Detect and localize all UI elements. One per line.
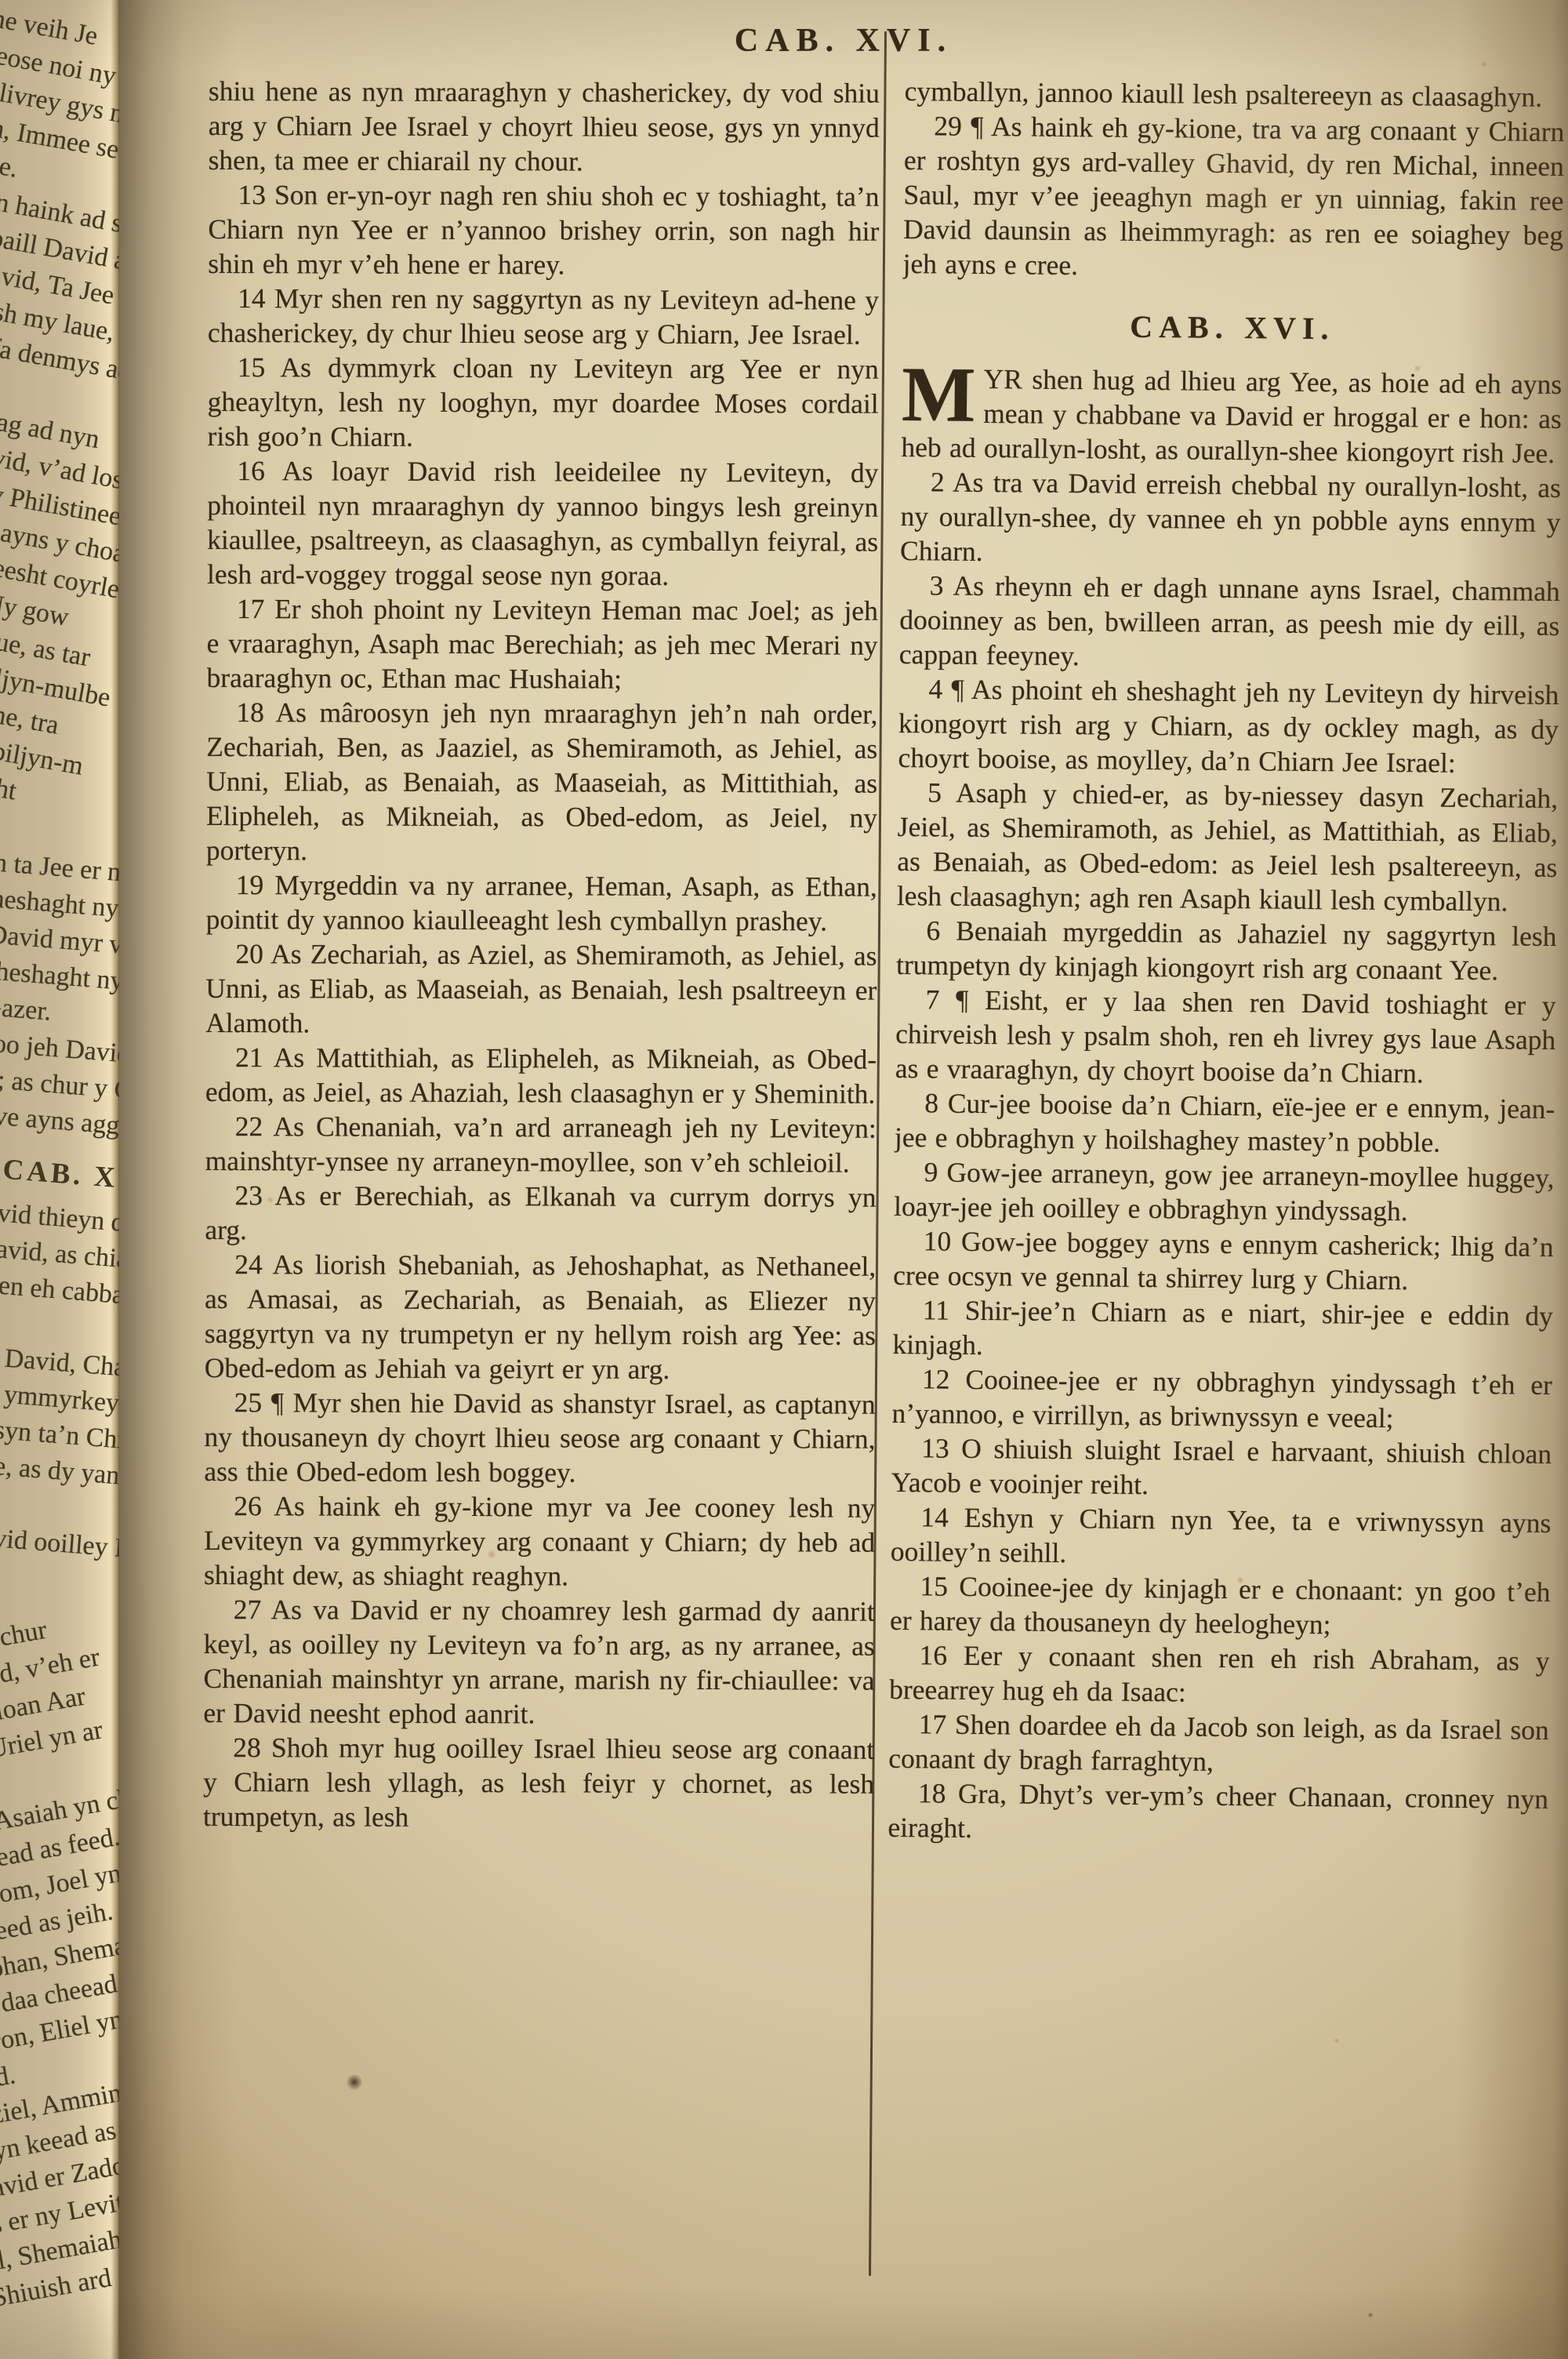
facing-page-text-top: ne veih Jeseose noi ny Phy livrey gys my…: [0, 2, 119, 832]
verse-20: 20 As Zechariah, as Aziel, as Shemiramot…: [205, 936, 877, 1042]
verse-21: 21 As Mattithiah, as Elipheleh, as Mikne…: [205, 1040, 877, 1111]
verse-continuation: MYR shen hug ad lhieu arg Yee, as hoie a…: [901, 361, 1562, 471]
drop-cap: M: [902, 361, 984, 424]
verse-4: 4 ¶ As phoint eh sheshaght jeh ny Levite…: [898, 671, 1559, 781]
verse-22: 22 As Chenaniah, va’n ard arraneagh jeh …: [205, 1109, 877, 1180]
verse-16: 16 As loayr David rish leeideilee ny Lev…: [207, 453, 879, 594]
verse-number: 8: [924, 1087, 948, 1118]
verse-8: 8 Cur-jee booise da’n Chiarn, eïe-jee er…: [895, 1085, 1555, 1161]
verse-number: 27: [234, 1594, 271, 1625]
verse-6: 6 Benaiah myrgeddin as Jahaziel ny saggy…: [896, 913, 1557, 988]
verse-28: 28 Shoh myr hug ooilley Israel lhieu seo…: [203, 1730, 874, 1836]
verse-number: 15: [920, 1570, 959, 1601]
verse-24: 24 As liorish Shebaniah, as Jehoshaphat,…: [205, 1247, 877, 1387]
verse-number: 12: [922, 1363, 966, 1395]
verse-number: 17: [237, 593, 274, 624]
verse-number: 4 ¶: [928, 673, 971, 705]
verse-number: 18: [918, 1777, 958, 1808]
verse-29: 29 ¶ As haink eh gy-kione, tra va arg co…: [902, 108, 1564, 287]
verse-11: 11 Shir-jee’n Chiarn as e niart, shir-je…: [892, 1292, 1553, 1368]
verse-15: 15 As dymmyrk cloan ny Leviteyn arg Yee …: [207, 350, 878, 456]
verse-number: 20: [235, 938, 270, 969]
verse-17: 17 Shen doardee eh da Jacob son leigh, a…: [888, 1707, 1549, 1782]
verse-number: 22: [235, 1110, 274, 1142]
verse-number: 5: [927, 776, 956, 808]
book-photo: ne veih Jeseose noi ny Phy livrey gys my…: [0, 0, 1568, 2359]
verse-number: 14: [920, 1501, 964, 1533]
verse-2: 2 As tra va David erreish chebbal ny our…: [900, 464, 1561, 574]
verse-number: 9: [924, 1156, 946, 1187]
verse-number: 14: [238, 282, 274, 314]
verse-number: 15: [238, 351, 281, 383]
verse-26: 26 As haink eh gy-kione myr va Jee coone…: [204, 1488, 875, 1594]
verse-number: 7 ¶: [925, 983, 985, 1016]
verse-number: 26: [234, 1490, 274, 1521]
verse-number: 16: [919, 1639, 964, 1671]
verse-9: 9 Gow-jee arraneyn, gow jee arraneyn-moy…: [894, 1154, 1555, 1230]
facing-page-text-middle: n ta Jee er n’ghollheshaght ny Philistin…: [0, 845, 119, 1575]
right-text-column: cymballyn, jannoo kiaull lesh psaltereey…: [883, 74, 1565, 2346]
verse-number: 11: [923, 1294, 965, 1326]
verse-5: 5 Asaph y chied-er, as by-niessey dasyn …: [897, 775, 1559, 919]
facing-page-text-bottom: usalem, dy churgys e ynnyd, v’eh eril Da…: [0, 1592, 119, 2316]
verse-3: 3 As rheynn eh er dagh unnane ayns Israe…: [899, 568, 1560, 678]
verse-14: 14 Eshyn y Chiarn nyn Yee, ta e vriwnyss…: [891, 1499, 1552, 1575]
verse-18: 18 Gra, Dhyt’s ver-ym’s cheer Chanaan, c…: [887, 1776, 1548, 1851]
verse-10: 10 Gow-jee boggey ayns e ennym casherick…: [893, 1223, 1554, 1299]
verse-number: 17: [919, 1708, 956, 1739]
verse-number: 6: [926, 914, 956, 946]
verse-number: 2: [931, 466, 953, 497]
verse-number: 13: [238, 179, 274, 210]
book-page: CAB. XVI. shiu hene as nyn mraaraghyn y …: [119, 0, 1568, 2359]
verse-17: 17 Er shoh phoint ny Leviteyn Heman mac …: [207, 591, 878, 697]
verse-number: 18: [236, 696, 275, 728]
verse-number: 28: [233, 1732, 271, 1763]
verse-19: 19 Myrgeddin va ny arranee, Heman, Asaph…: [206, 867, 877, 939]
verse-14: 14 Myr shen ren ny saggyrtyn as ny Levit…: [208, 281, 879, 352]
verse-number: 13: [921, 1432, 961, 1463]
verse-number: 25 ¶: [234, 1387, 293, 1418]
verse-continuation: shiu hene as nyn mraaraghyn y chasherick…: [209, 74, 880, 180]
verse-23: 23 As er Berechiah, as Elkanah va currym…: [205, 1178, 876, 1249]
left-text-column: shiu hene as nyn mraaraghyn y chasherick…: [201, 74, 880, 2343]
verse-27: 27 As va David er ny choamrey lesh garma…: [203, 1592, 875, 1732]
verse-number: 10: [924, 1225, 962, 1256]
verse-number: 19: [236, 869, 275, 900]
chapter-heading: CAB. XVI.: [902, 307, 1563, 348]
verse-18: 18 As mâroosyn jeh nyn mraaraghyn jeh’n …: [206, 695, 878, 870]
verse-number: 16: [237, 455, 281, 486]
verse-number: 23: [234, 1179, 274, 1211]
verse-13: 13 Son er-yn-oyr nagh ren shiu shoh ec y…: [208, 177, 879, 283]
verse-25: 25 ¶ Myr shen hie David as shanstyr Isra…: [204, 1385, 875, 1491]
verse-16: 16 Eer y conaant shen ren eh rish Abraha…: [889, 1637, 1550, 1713]
verse-7: 7 ¶ Eisht, er y laa shen ren David toshi…: [895, 982, 1556, 1092]
running-head: CAB. XVI.: [166, 22, 1521, 60]
verse-number: 3: [930, 569, 953, 601]
verse-number: 29 ¶: [934, 110, 991, 142]
verse-12: 12 Cooinee-jee er ny obbraghyn yindyssag…: [891, 1361, 1552, 1437]
verse-number: 21: [235, 1041, 274, 1073]
verse-number: 24: [234, 1249, 272, 1280]
facing-page-edge: ne veih Jeseose noi ny Phy livrey gys my…: [0, 0, 119, 2359]
verse-13: 13 O shiuish sluight Israel e harvaant, …: [891, 1430, 1552, 1506]
verse-15: 15 Cooinee-jee dy kinjagh er e chonaant:…: [890, 1568, 1551, 1644]
